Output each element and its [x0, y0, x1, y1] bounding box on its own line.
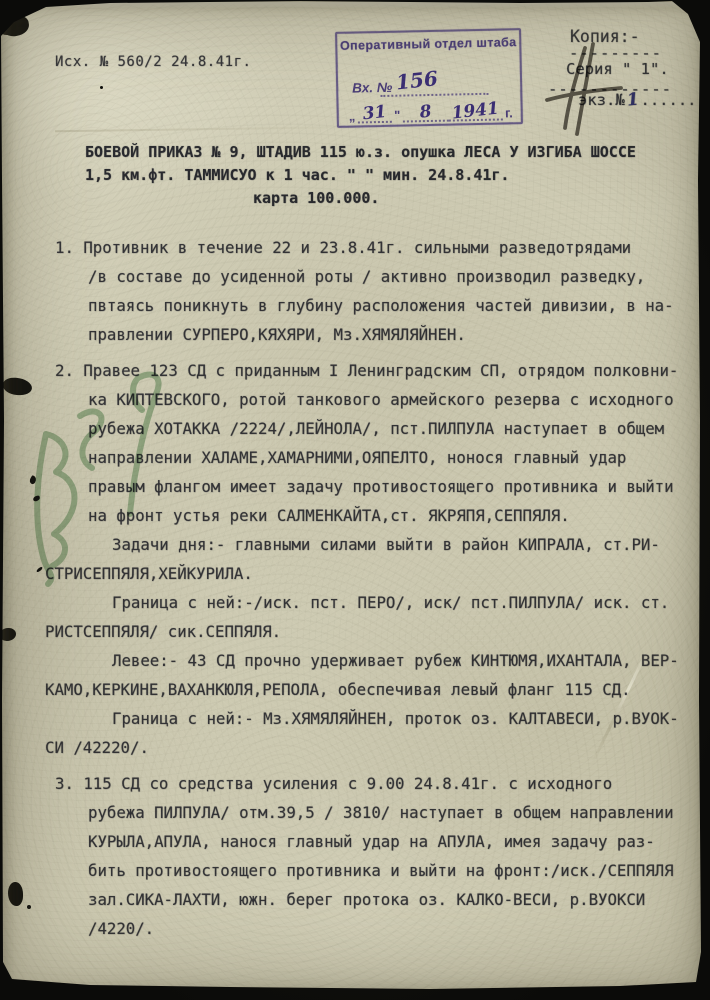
order-line: Граница с ней:- Мз.ХЯМЯЛЯЙНЕН, проток оз… — [0, 704, 710, 733]
order-title-line: БОЕВОЙ ПРИКАЗ № 9, ШТАДИВ 115 ю.з. опушк… — [0, 141, 710, 164]
order-line: Граница с ней:-/иск. пст. ПЕРО/, иск/ пс… — [0, 588, 710, 617]
order-title-block: БОЕВОЙ ПРИКАЗ № 9, ШТАДИВ 115 ю.з. опушк… — [0, 141, 710, 210]
ekz-label: экз.№ — [578, 91, 625, 109]
stamp-department-title: Оперативный отдел штаба — [337, 35, 519, 53]
order-title-map-line: карта 100.000. — [0, 187, 710, 210]
stamp-in-label: Вх. № — [352, 80, 392, 96]
order-line: 1. Противник в течение 22 и 23.8.41г. си… — [0, 233, 710, 262]
order-line: РИСТСЕППЯЛЯ/ сик.СЕППЯЛЯ. — [0, 617, 710, 646]
order-line: на фронт устья реки САЛМЕНКАЙТА,ст. ЯКРЯ… — [0, 501, 710, 530]
stamp-day-segment: 31 — [357, 101, 392, 124]
stamp-in-number-handwritten: 156 — [395, 66, 439, 94]
order-line: направлении ХАЛАМЕ,ХАМАРНИМИ,ОЯПЕЛТО, но… — [0, 443, 710, 472]
ink-blot — [8, 882, 23, 906]
order-line: правлении СУРПЕРО,КЯХЯРИ, Мз.ХЯМЯЛЯЙНЕН. — [0, 320, 710, 349]
order-line: рубежа ПИЛПУЛА/ отм.39,5 / 3810/ наступа… — [0, 798, 710, 827]
order-line: ка КИПТЕВСКОГО, ротой танкового армейско… — [0, 385, 710, 414]
order-line: СИ /42220/. — [0, 733, 710, 762]
stamp-year-segment: 1941 — [448, 98, 503, 121]
order-line: бить противостоящего противника и выйти … — [0, 856, 710, 885]
ink-speck — [100, 86, 103, 89]
order-line: Задачи дня:- главными силами выйти в рай… — [0, 530, 710, 559]
order-line: 3. 115 СД со средства усиления с 9.00 24… — [0, 769, 710, 798]
series-label: Серия " 1". — [566, 60, 669, 78]
stamp-month-segment: 8 — [402, 100, 449, 123]
stamp-year-handwritten: 1941 — [451, 99, 500, 124]
order-line: Левее:- 43 СД прочно удерживает рубеж КИ… — [0, 646, 710, 675]
paper-top-edge-highlight — [40, 2, 680, 8]
scanned-document-photo: Исх. № 560/2 24.8.41г. Копия:- ---------… — [0, 0, 710, 1000]
stamp-open-quote: „ — [347, 109, 358, 124]
order-title-line: 1,5 км.фт. ТАММИСУО к 1 час. " " мин. 24… — [0, 164, 710, 187]
paper-crease — [55, 126, 375, 132]
order-line: пвтаясь поникнуть в глубину расположения… — [0, 291, 710, 320]
ekz-number-line: экз.№1...... — [578, 90, 697, 110]
stamp-day-handwritten: 31 — [362, 102, 388, 124]
order-line: КУРЫЛА,АПУЛА, нанося главный удар на АПУ… — [0, 827, 710, 856]
outgoing-number-line: Исх. № 560/2 24.8.41г. — [55, 54, 251, 70]
stamp-date-line: „ 31 " 8 1941 г. — [346, 98, 514, 124]
stamp-month-handwritten: 8 — [419, 102, 433, 123]
ink-speck — [27, 905, 31, 909]
order-line: зал.СИКА-ЛАХТИ, южн. берег протока оз. К… — [0, 885, 710, 914]
paper-sheet: Исх. № 560/2 24.8.41г. Копия:- ---------… — [0, 0, 710, 1000]
stamp-year-suffix: г. — [503, 105, 515, 120]
order-line: правым флангом имеет задачу противостоящ… — [0, 472, 710, 501]
order-line: /4220/. — [0, 914, 710, 943]
ekz-dots: ...... — [641, 91, 697, 109]
order-line: СТРИСЕППЯЛЯ,ХЕЙКУРИЛА. — [0, 559, 710, 588]
order-line: /в составе до усиденной роты / активно п… — [0, 262, 710, 291]
stamp-close-quote: " — [392, 108, 402, 123]
ekz-handwritten-number: 1 — [626, 89, 640, 110]
order-line: КАМО,КЕРКИНЕ,ВАХАНКЮЛЯ,РЕПОЛА, обеспечив… — [0, 675, 710, 704]
ink-blot — [0, 28, 14, 35]
order-line: рубежа ХОТАККА /2224/,ЛЕЙНОЛА/, пст.ПИЛП… — [0, 414, 710, 443]
order-body: 1. Противник в течение 22 и 23.8.41г. си… — [0, 233, 710, 943]
order-line: 2. Правее 123 СД с приданным I Ленинград… — [0, 356, 710, 385]
incoming-registration-stamp: Оперативный отдел штаба Вх. № 156 „ 31 "… — [335, 28, 523, 128]
